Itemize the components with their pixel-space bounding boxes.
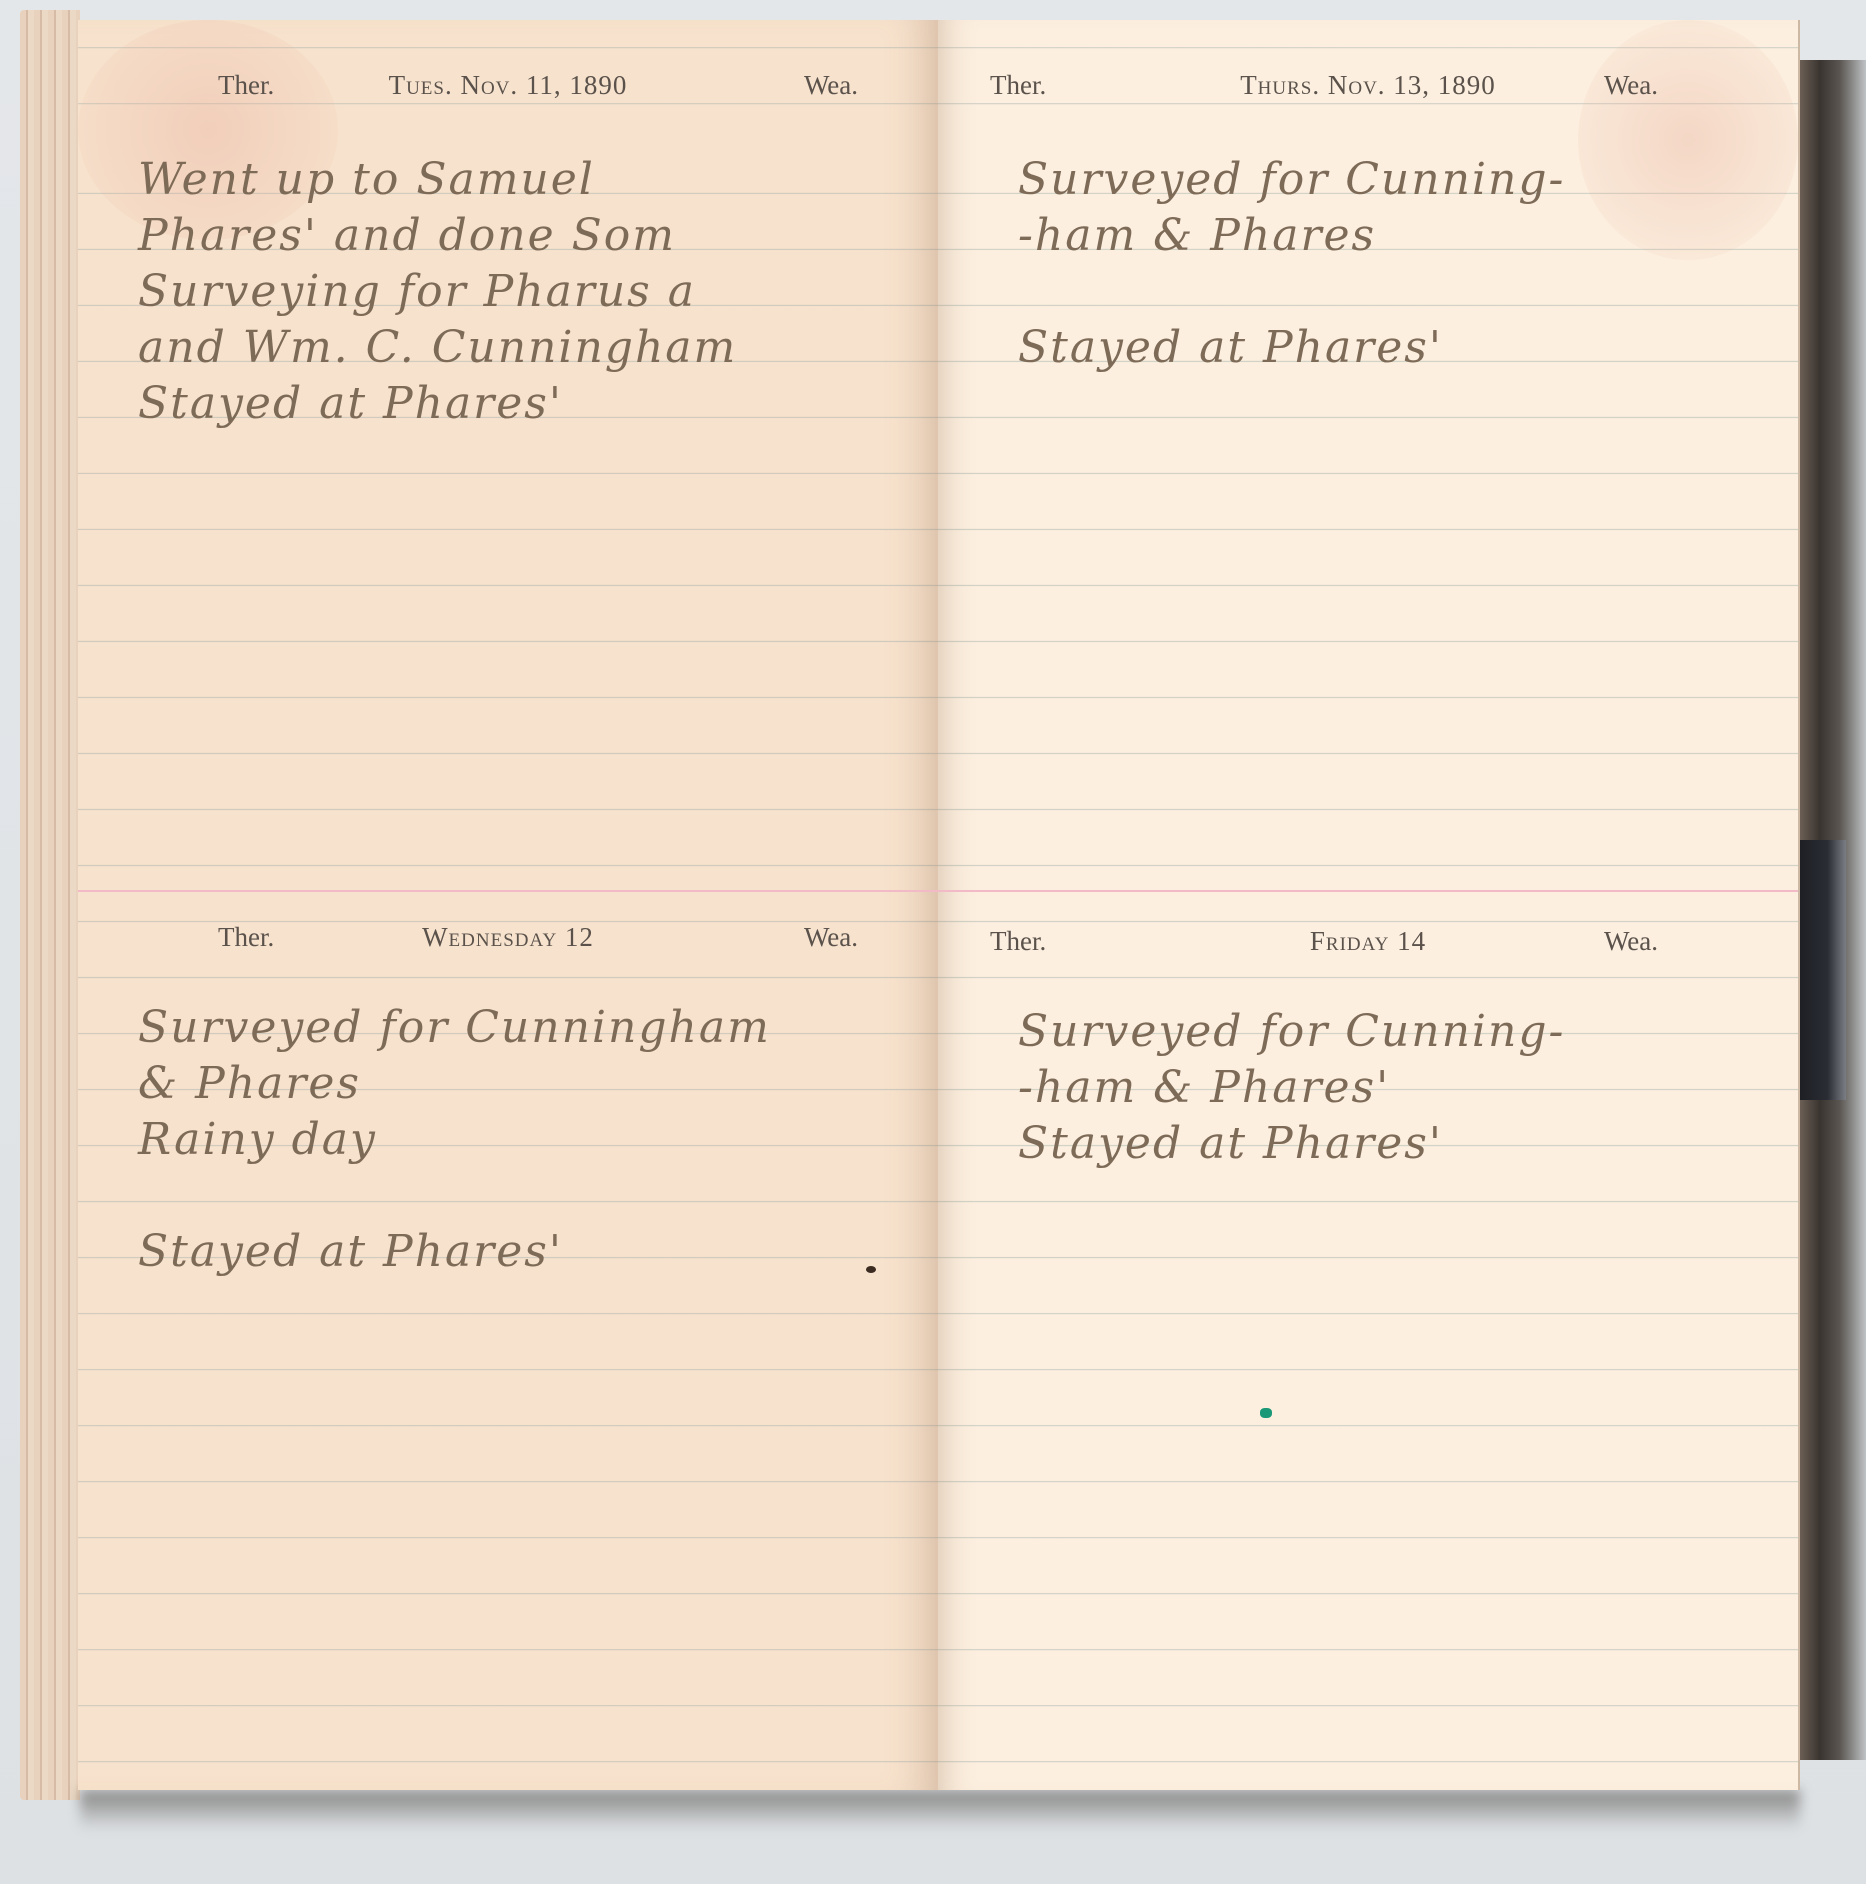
book-shadow [80, 1790, 1800, 1830]
diary-entry-tues: Went up to Samuel Phares' and done Som S… [138, 152, 898, 432]
page-stack-edges [20, 10, 80, 1800]
day-divider [938, 890, 1798, 892]
left-page: Ther. Tues. Nov. 11, 1890 Wea. Went up t… [78, 20, 938, 1790]
day-header-wed: Ther. Wednesday 12 Wea. [78, 922, 938, 962]
entry-line: Stayed at Phares' [138, 1224, 898, 1280]
wea-label: Wea. [804, 922, 858, 953]
date-heading: Friday 14 [938, 926, 1798, 957]
entry-line: Stayed at Phares' [138, 376, 898, 432]
entry-line: and Wm. C. Cunningham [138, 320, 898, 376]
day-divider [78, 890, 938, 892]
entry-line: & Phares [138, 1056, 898, 1112]
entry-line: Went up to Samuel [138, 152, 898, 208]
green-ink-spot [1260, 1408, 1272, 1418]
entry-line-blank [1018, 264, 1758, 320]
wea-label: Wea. [1604, 926, 1658, 957]
book-cover-edge [1800, 60, 1866, 1760]
day-header-thurs: Ther. Thurs. Nov. 13, 1890 Wea. [938, 70, 1798, 110]
entry-line: Surveyed for Cunningham [138, 1000, 898, 1056]
date-heading: Thurs. Nov. 13, 1890 [938, 70, 1798, 101]
day-header-fri: Ther. Friday 14 Wea. [938, 926, 1798, 966]
ink-blot [866, 1266, 876, 1273]
entry-line: Stayed at Phares' [1018, 1116, 1758, 1172]
wea-label: Wea. [804, 70, 858, 101]
day-header-tues: Ther. Tues. Nov. 11, 1890 Wea. [78, 70, 938, 110]
entry-line: Stayed at Phares' [1018, 320, 1758, 376]
diary-entry-wed: Surveyed for Cunningham & Phares Rainy d… [138, 1000, 898, 1280]
wea-label: Wea. [1604, 70, 1658, 101]
entry-line: Rainy day [138, 1112, 898, 1168]
entry-line: Surveyed for Cunning- [1018, 152, 1758, 208]
diary-entry-thurs: Surveyed for Cunning- -ham & Phares Stay… [1018, 152, 1758, 376]
diary-entry-fri: Surveyed for Cunning- -ham & Phares' Sta… [1018, 1004, 1758, 1172]
entry-line: Surveying for Pharus a [138, 264, 898, 320]
cover-band [1800, 840, 1846, 1100]
entry-line-blank [138, 1168, 898, 1224]
entry-line: -ham & Phares [1018, 208, 1758, 264]
right-page: Ther. Thurs. Nov. 13, 1890 Wea. Surveyed… [938, 20, 1800, 1790]
entry-line: Surveyed for Cunning- [1018, 1004, 1758, 1060]
entry-line: Phares' and done Som [138, 208, 898, 264]
entry-line: -ham & Phares' [1018, 1060, 1758, 1116]
